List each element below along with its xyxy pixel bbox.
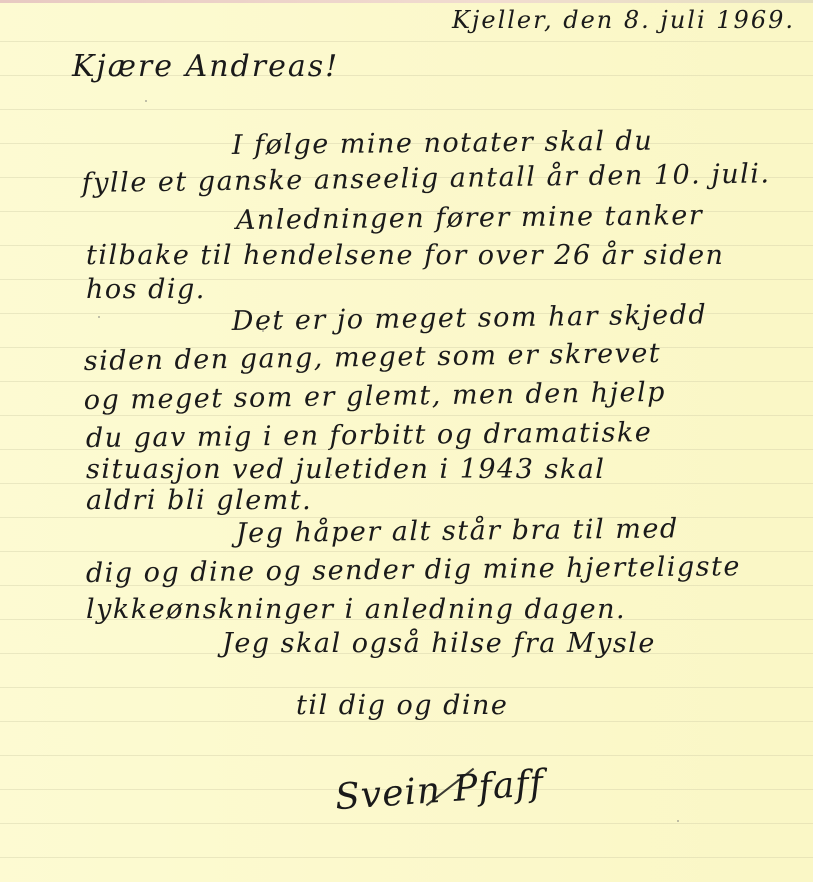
- place-date-line: Kjeller, den 8. juli 1969.: [452, 8, 795, 32]
- letter-line: Det er jo meget som har skjedd: [232, 301, 708, 335]
- paper-speck: [677, 820, 679, 822]
- letter-line: fylle et ganske anseelig antall år den 1…: [82, 160, 771, 197]
- letter-line: lykkeønskninger i anledning dagen.: [86, 596, 626, 623]
- letter-page: Kjeller, den 8. juli 1969. Kjære Andreas…: [0, 0, 813, 882]
- letter-line: siden den gang, meget som er skrevet: [84, 340, 662, 375]
- paper-top-edge: [0, 0, 813, 3]
- letter-line: hos dig.: [86, 276, 206, 303]
- letter-line: aldri bli glemt.: [86, 487, 312, 514]
- paper-speck: [262, 330, 264, 332]
- letter-line: til dig og dine: [296, 692, 508, 719]
- letter-line: tilbake til hendelsene for over 26 år si…: [86, 242, 724, 269]
- letter-line: du gav mig i en forbitt og dramatiske: [86, 419, 653, 452]
- letter-line: Jeg håper alt står bra til med: [236, 515, 679, 547]
- paper-speck: [145, 100, 147, 102]
- paper-speck: [330, 474, 332, 476]
- paper-speck: [98, 316, 100, 318]
- letter-line: I følge mine notater skal du: [232, 128, 654, 159]
- letter-line: Anledningen fører mine tanker: [236, 202, 704, 234]
- letter-line: Jeg skal også hilse fra Mysle: [222, 630, 656, 657]
- letter-line: og meget som er glemt, men den hjelp: [84, 379, 666, 414]
- letter-line: situasjon ved juletiden i 1943 skal: [86, 456, 605, 483]
- letter-line: dig og dine og sender dig mine hjertelig…: [86, 553, 741, 587]
- signature: Svein Pfaff: [334, 763, 545, 818]
- salutation: Kjære Andreas!: [72, 52, 339, 82]
